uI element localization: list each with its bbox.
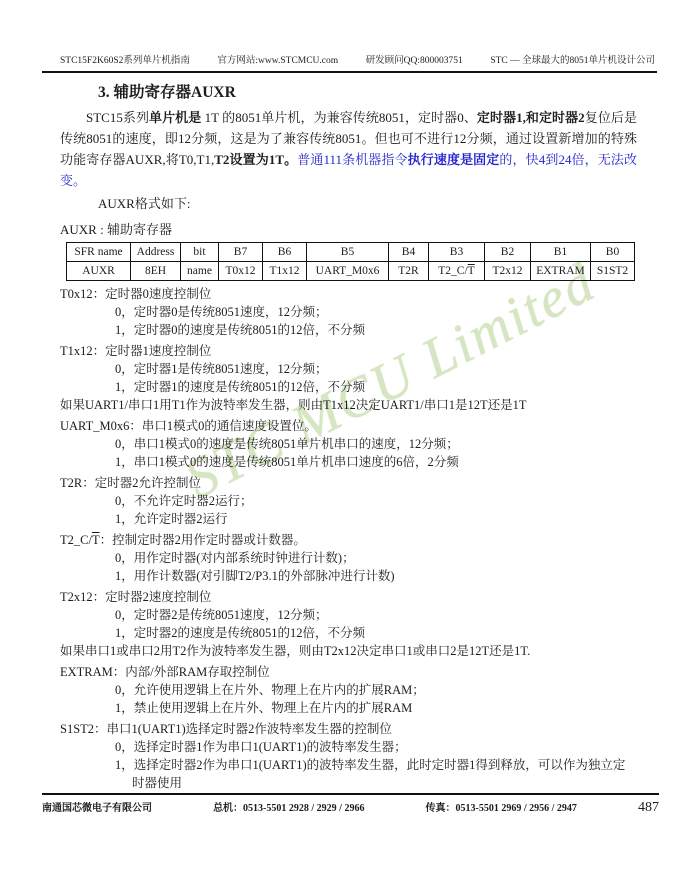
bit-section-heading: T2_C/T：控制定时器2用作定时器或计数器。: [60, 531, 637, 549]
intro-seg-blue: 普通111条机器指令: [297, 152, 407, 167]
bit-section-heading: EXTRAM：内部/外部RAM存取控制位: [60, 663, 637, 681]
table-cell-b3: T2_C/T: [429, 262, 485, 281]
doc-header: STC15F2K60S2系列单片机指南 官方网站:www.STCMCU.com …: [42, 52, 657, 73]
table-cell-bit: name: [181, 262, 219, 281]
bit-value-line: 0，不允许定时器2运行；: [60, 492, 637, 510]
bit-value-line: 1，定时器1的速度是传统8051的12倍，不分频: [60, 378, 637, 396]
page-number: 487: [638, 800, 659, 816]
bit-value-line: 0，允许使用逻辑上在片外、物理上在片内的扩展RAM；: [60, 681, 637, 699]
table-header-cell: B7: [219, 243, 263, 262]
bit-section-heading: S1ST2：串口1(UART1)选择定时器2作波特率发生器的控制位: [60, 720, 637, 738]
table-header-cell: SFR name: [67, 243, 131, 262]
table-cell-sfr-name: AUXR: [67, 262, 131, 281]
table-cell-b2: T2x12: [485, 262, 531, 281]
bit-section-note: 如果串口1或串口2用T2作为波特率发生器，则由T2x12决定串口1或串口2是12…: [60, 642, 637, 660]
bit-value-line: 1，定时器2的速度是传统8051的12倍，不分频: [60, 624, 637, 642]
sfr-table: SFR name Address bit B7 B6 B5 B4 B3 B2 B…: [66, 242, 635, 281]
page: STC15F2K60S2系列单片机指南 官方网站:www.STCMCU.com …: [0, 0, 699, 792]
table-header-cell: B4: [389, 243, 429, 262]
bit-value-line: 1，定时器0的速度是传统8051的12倍，不分频: [60, 321, 637, 339]
register-caption: AUXR : 辅助寄存器: [60, 220, 637, 240]
bit-section-t1x12: T1x12：定时器1速度控制位 0，定时器1是传统8051速度，12分频； 1，…: [60, 342, 637, 414]
table-header-cell: Address: [131, 243, 181, 262]
bit-section-t2-ct: T2_C/T：控制定时器2用作定时器或计数器。 0，用作定时器(对内部系统时钟进…: [60, 531, 637, 585]
footer-company: 南通国芯微电子有限公司: [42, 799, 152, 814]
intro-seg: 1T 的8051单片机，为兼容传统8051，定时器0、: [201, 110, 477, 125]
bit-section-heading: T0x12：定时器0速度控制位: [60, 285, 637, 303]
table-header-row: SFR name Address bit B7 B6 B5 B4 B3 B2 B…: [67, 243, 635, 262]
bit-section-uart-m0x6: UART_M0x6：串口1模式0的通信速度设置位。 0，串口1模式0的速度是传统…: [60, 417, 637, 471]
bit-section-note: 如果UART1/串口1用T1作为波特率发生器，则由T1x12决定UART1/串口…: [60, 396, 637, 414]
bit-value-line: 1，串口1模式0的速度是传统8051单片机串口速度的6倍，2分频: [60, 453, 637, 471]
table-value-row: AUXR 8EH name T0x12 T1x12 UART_M0x6 T2R …: [67, 262, 635, 281]
table-header-cell: B6: [263, 243, 307, 262]
page-title: 3. 辅助寄存器AUXR: [98, 84, 637, 102]
bit-value-line: 0，用作定时器(对内部系统时钟进行计数)；: [60, 549, 637, 567]
bit-section-heading: T2x12：定时器2速度控制位: [60, 588, 637, 606]
bit-value-line: 1，禁止使用逻辑上在片外、物理上在片内的扩展RAM: [60, 699, 637, 717]
page-body: 3. 辅助寄存器AUXR STC15系列单片机是 1T 的8051单片机，为兼容…: [60, 84, 637, 792]
bit-value-line: 0，串口1模式0的速度是传统8051单片机串口的速度，12分频；: [60, 435, 637, 453]
intro-seg-bold: T2设置为1T。: [214, 152, 297, 167]
intro-seg-bold: 定时器1,和定时器2: [477, 110, 585, 125]
intro-seg: STC15系列: [86, 110, 149, 125]
bit-value-line: 1，允许定时器2运行: [60, 510, 637, 528]
bit-section-t2r: T2R：定时器2允许控制位 0，不允许定时器2运行； 1，允许定时器2运行: [60, 474, 637, 528]
footer-telephone: 总机：0513-5501 2928 / 2929 / 2966: [213, 799, 364, 814]
table-cell-b0: S1ST2: [591, 262, 635, 281]
table-cell-b7: T0x12: [219, 262, 263, 281]
bit-section-heading: T2R：定时器2允许控制位: [60, 474, 637, 492]
bit-section-s1st2: S1ST2：串口1(UART1)选择定时器2作波特率发生器的控制位 0，选择定时…: [60, 720, 637, 792]
intro-seg-bold: 单片机是: [149, 110, 201, 125]
bit-section-extram: EXTRAM：内部/外部RAM存取控制位 0，允许使用逻辑上在片外、物理上在片内…: [60, 663, 637, 717]
bit-value-line: 0，选择定时器1作为串口1(UART1)的波特率发生器；: [60, 738, 637, 756]
footer-fax: 传真：0513-5501 2969 / 2956 / 2947: [426, 799, 577, 814]
table-header-cell: B5: [307, 243, 389, 262]
intro-seg-blue-bold: 执行速度是固定: [408, 152, 500, 167]
bit-section-heading: UART_M0x6：串口1模式0的通信速度设置位。: [60, 417, 637, 435]
bit-value-line: 0，定时器2是传统8051速度，12分频；: [60, 606, 637, 624]
table-header-cell: bit: [181, 243, 219, 262]
table-header-cell: B2: [485, 243, 531, 262]
bit-section-heading: T1x12：定时器1速度控制位: [60, 342, 637, 360]
bit-value-line: 1，用作计数器(对引脚T2/P3.1的外部脉冲进行计数): [60, 567, 637, 585]
bit-value-line: 1，选择定时器2作为串口1(UART1)的波特率发生器，此时定时器1得到释放，可…: [60, 756, 637, 792]
header-guide-title: STC15F2K60S2系列单片机指南: [60, 52, 190, 66]
bit-section-t2x12: T2x12：定时器2速度控制位 0，定时器2是传统8051速度，12分频； 1，…: [60, 588, 637, 660]
header-website: 官方网站:www.STCMCU.com: [217, 52, 338, 66]
doc-footer: 南通国芯微电子有限公司 总机：0513-5501 2928 / 2929 / 2…: [42, 793, 659, 816]
bit-descriptions: T0x12：定时器0速度控制位 0，定时器0是传统8051速度，12分频； 1，…: [60, 285, 637, 792]
table-header-cell: B3: [429, 243, 485, 262]
bit-value-line: 0，定时器0是传统8051速度，12分频；: [60, 303, 637, 321]
table-cell-b1: EXTRAM: [531, 262, 591, 281]
format-caption: AUXR格式如下:: [98, 194, 637, 214]
header-qq: 研发顾问QQ:800003751: [366, 52, 463, 66]
table-header-cell: B1: [531, 243, 591, 262]
intro-paragraph: STC15系列单片机是 1T 的8051单片机，为兼容传统8051，定时器0、定…: [60, 107, 637, 191]
table-cell-b3-pre: T2_C/: [438, 265, 467, 277]
bit-value-line: 0，定时器1是传统8051速度，12分频；: [60, 360, 637, 378]
table-header-cell: B0: [591, 243, 635, 262]
table-cell-b5: UART_M0x6: [307, 262, 389, 281]
table-cell-b6: T1x12: [263, 262, 307, 281]
table-cell-b4: T2R: [389, 262, 429, 281]
bit-section-t0x12: T0x12：定时器0速度控制位 0，定时器0是传统8051速度，12分频； 1，…: [60, 285, 637, 339]
table-cell-b3-overline: T: [468, 265, 475, 277]
header-slogan: STC — 全球最大的8051单片机设计公司: [490, 52, 655, 66]
table-cell-address: 8EH: [131, 262, 181, 281]
